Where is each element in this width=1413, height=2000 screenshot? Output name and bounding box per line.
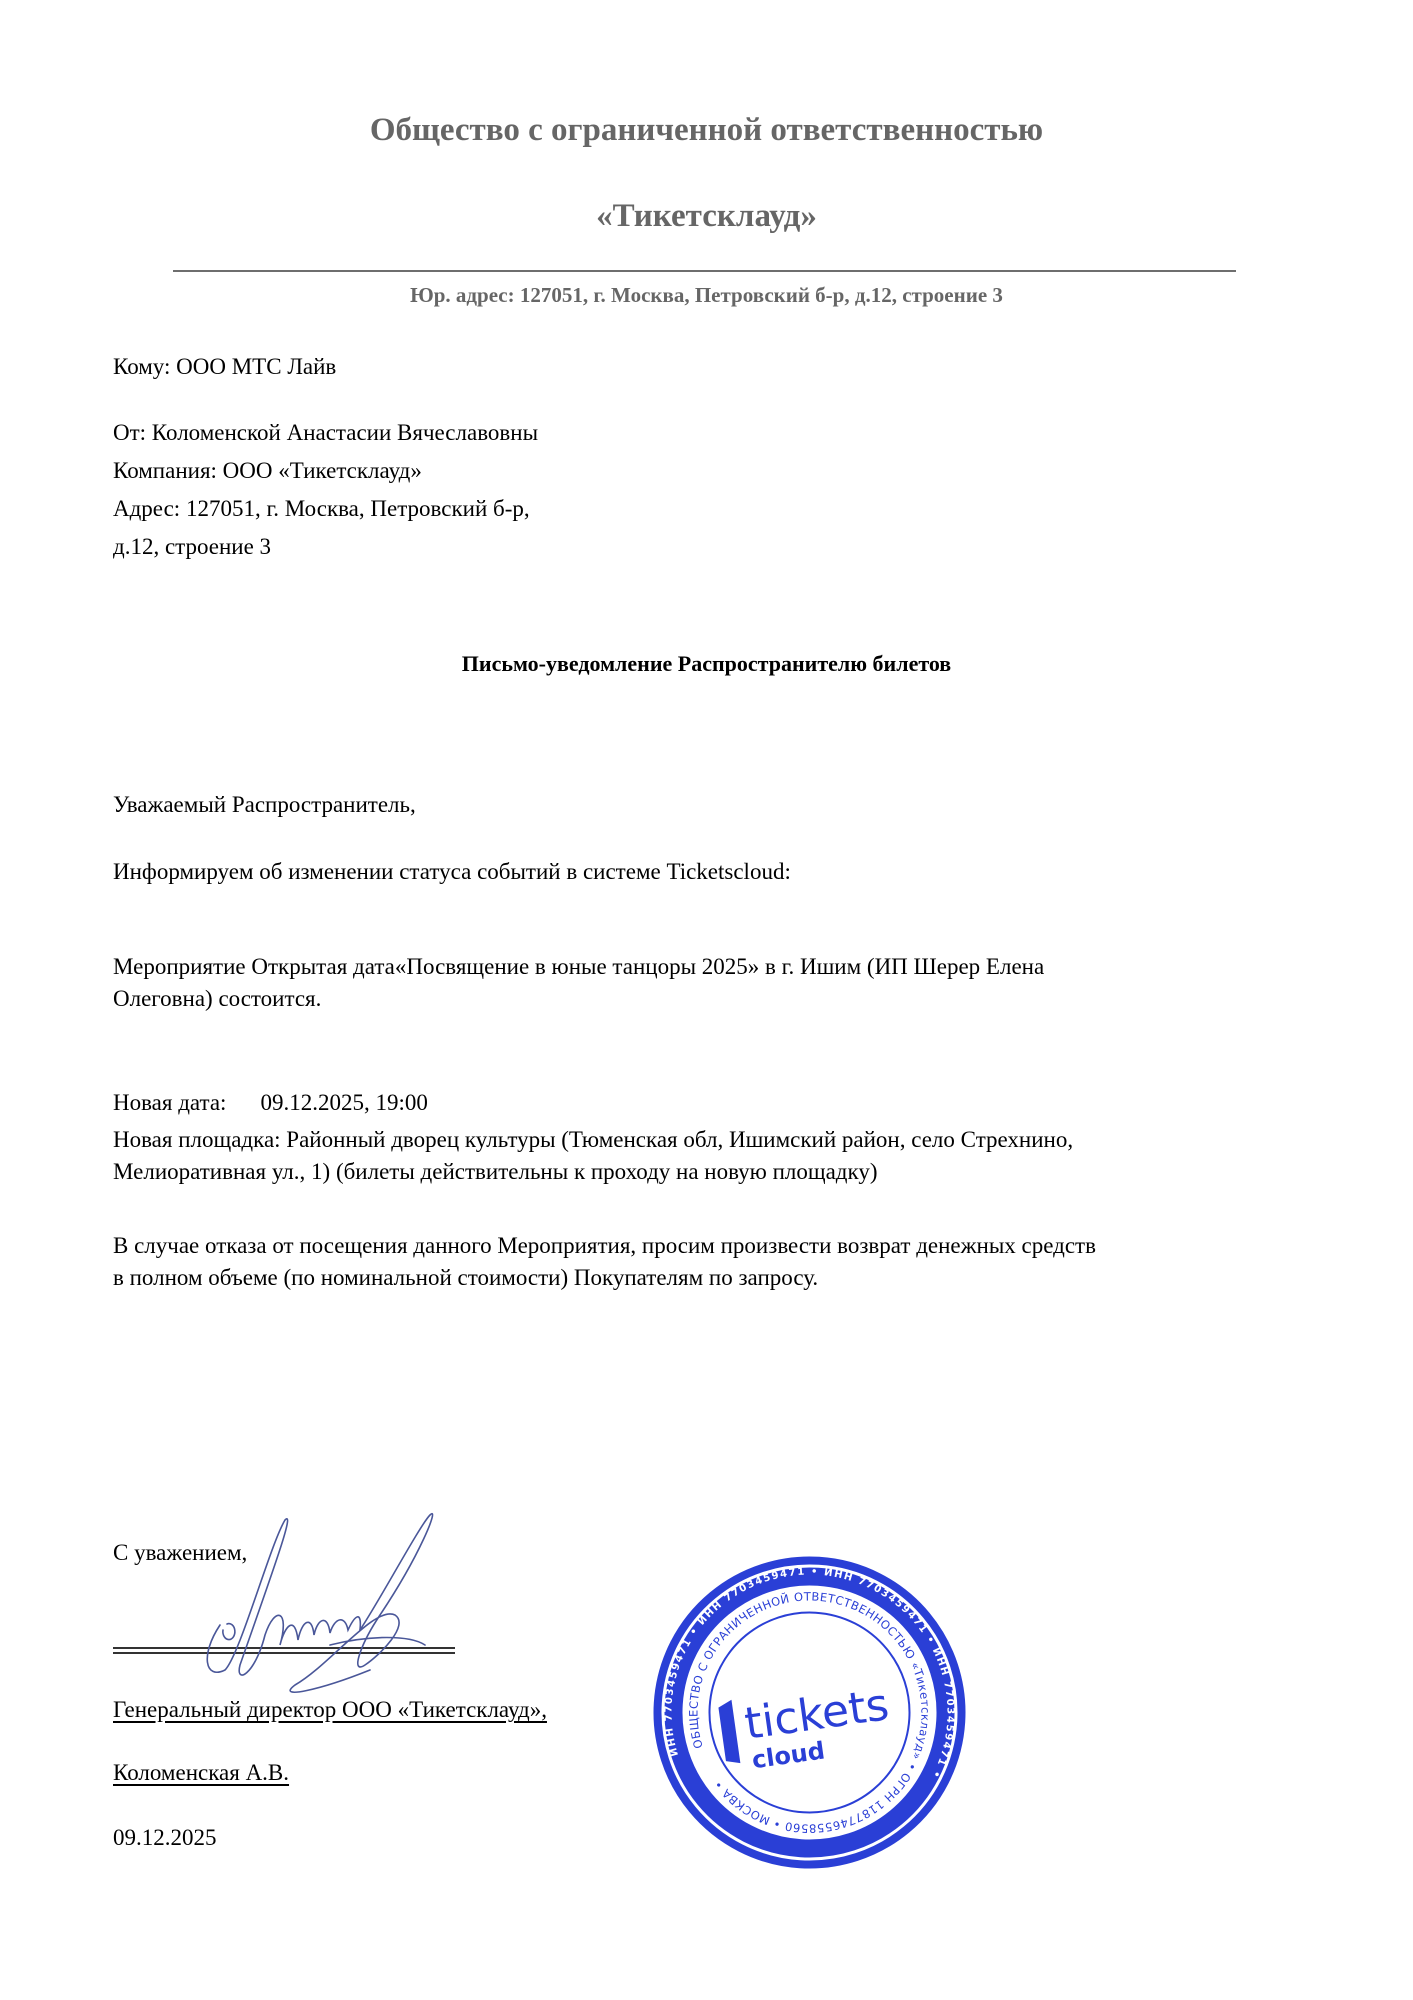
company-name-line-1: Общество с ограниченной ответственностью [0,112,1413,149]
sender-address-line-1: Адрес: 127051, г. Москва, Петровский б-р… [113,496,530,522]
event-line-1: Мероприятие Открытая дата«Посвящение в ю… [113,954,1044,980]
letter-date: 09.12.2025 [113,1825,217,1851]
event-line-2: Олеговна) состоится. [113,986,321,1012]
greeting: Уважаемый Распространитель, [113,792,416,818]
refund-line-1: В случае отказа от посещения данного Мер… [113,1233,1096,1259]
letter-title: Письмо-уведомление Распространителю биле… [0,651,1413,677]
refund-line-2: в полном объеме (по номинальной стоимост… [113,1265,818,1291]
new-date-label: Новая дата: [113,1090,226,1115]
new-date-value: 09.12.2025, 19:00 [260,1090,427,1115]
new-venue-line-1: Новая площадка: Районный дворец культуры… [113,1127,1073,1153]
sender-company: Компания: ООО «Тикетсклауд» [113,458,422,484]
intro-paragraph: Информируем об изменении статуса событий… [113,859,791,885]
new-date-row: Новая дата:09.12.2025, 19:00 [113,1090,428,1116]
header-divider [173,270,1236,272]
company-stamp: ИНН 7703459471 • ИНН 7703459471 • ИНН 77… [652,1555,967,1870]
company-name-line-2: «Тикетсклауд» [0,198,1413,235]
sender-address-line-2: д.12, строение 3 [113,534,271,560]
recipient: Кому: ООО МТС Лайв [113,354,336,380]
legal-address: Юр. адрес: 127051, г. Москва, Петровский… [0,283,1413,308]
handwritten-signature [180,1505,500,1705]
new-venue-line-2: Мелиоративная ул., 1) (билеты действител… [113,1159,878,1185]
sender-name: От: Коломенской Анастасии Вячеславовны [113,420,538,446]
tickets-cloud-logo: tickets cloud [718,1678,896,1778]
logo-bar-icon [718,1700,741,1765]
signatory-name: Коломенская А.В. [113,1760,289,1786]
